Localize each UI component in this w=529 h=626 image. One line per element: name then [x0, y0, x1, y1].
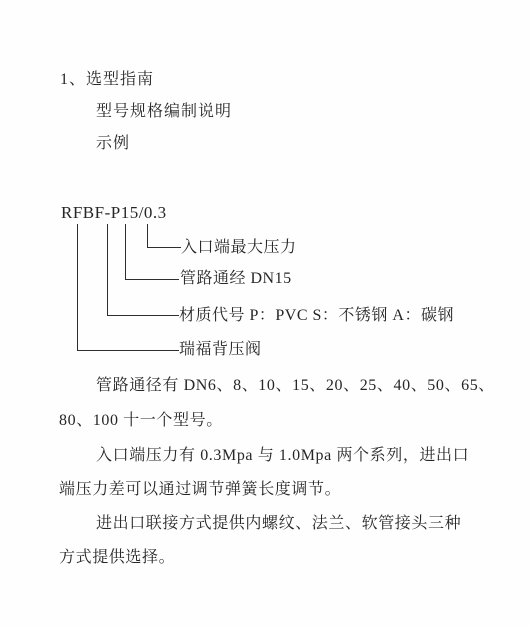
- model-code: RFBF-P15/0.3: [61, 203, 167, 223]
- paragraph-pipe-sizes-line-1: 管路通径有 DN6、8、10、15、20、25、40、50、65、: [59, 376, 495, 396]
- connector-vertical-material: [107, 224, 108, 315]
- paragraph-connection-line-1: 进出口联接方式提供内螺纹、法兰、软管接头三种: [59, 514, 461, 534]
- diagram-label-pipe-diameter: 管路通经 DN15: [180, 270, 292, 288]
- connector-horizontal-brand: [77, 350, 179, 351]
- connector-vertical-brand: [77, 224, 78, 350]
- connector-horizontal-inlet-pressure: [147, 247, 181, 248]
- section-heading: 1、选型指南: [60, 71, 154, 89]
- diagram-label-inlet-pressure: 入口端最大压力: [181, 239, 297, 257]
- example-label: 示例: [96, 135, 130, 153]
- connector-horizontal-material: [107, 315, 179, 316]
- diagram-label-material-code: 材质代号 P：PVC S：不锈钢 A：碳钢: [179, 307, 454, 325]
- paragraph-pressure-line-1: 入口端压力有 0.3Mpa 与 1.0Mpa 两个系列，进出口: [59, 446, 469, 466]
- connector-vertical-inlet-pressure: [147, 224, 148, 247]
- paragraph-pressure-line-2: 端压力差可以通过调节弹簧长度调节。: [59, 480, 341, 500]
- paragraph-pipe-sizes-line-2: 80、100 十一个型号。: [59, 411, 223, 431]
- connector-horizontal-diameter: [125, 279, 179, 280]
- paragraph-connection-line-2: 方式提供选择。: [59, 548, 175, 568]
- connector-vertical-diameter: [125, 224, 126, 279]
- spec-notation-title: 型号规格编制说明: [96, 103, 232, 121]
- diagram-label-brand-name: 瑞福背压阀: [179, 341, 262, 359]
- document-page: 1、选型指南 型号规格编制说明 示例 RFBF-P15/0.3 入口端最大压力 …: [0, 0, 529, 626]
